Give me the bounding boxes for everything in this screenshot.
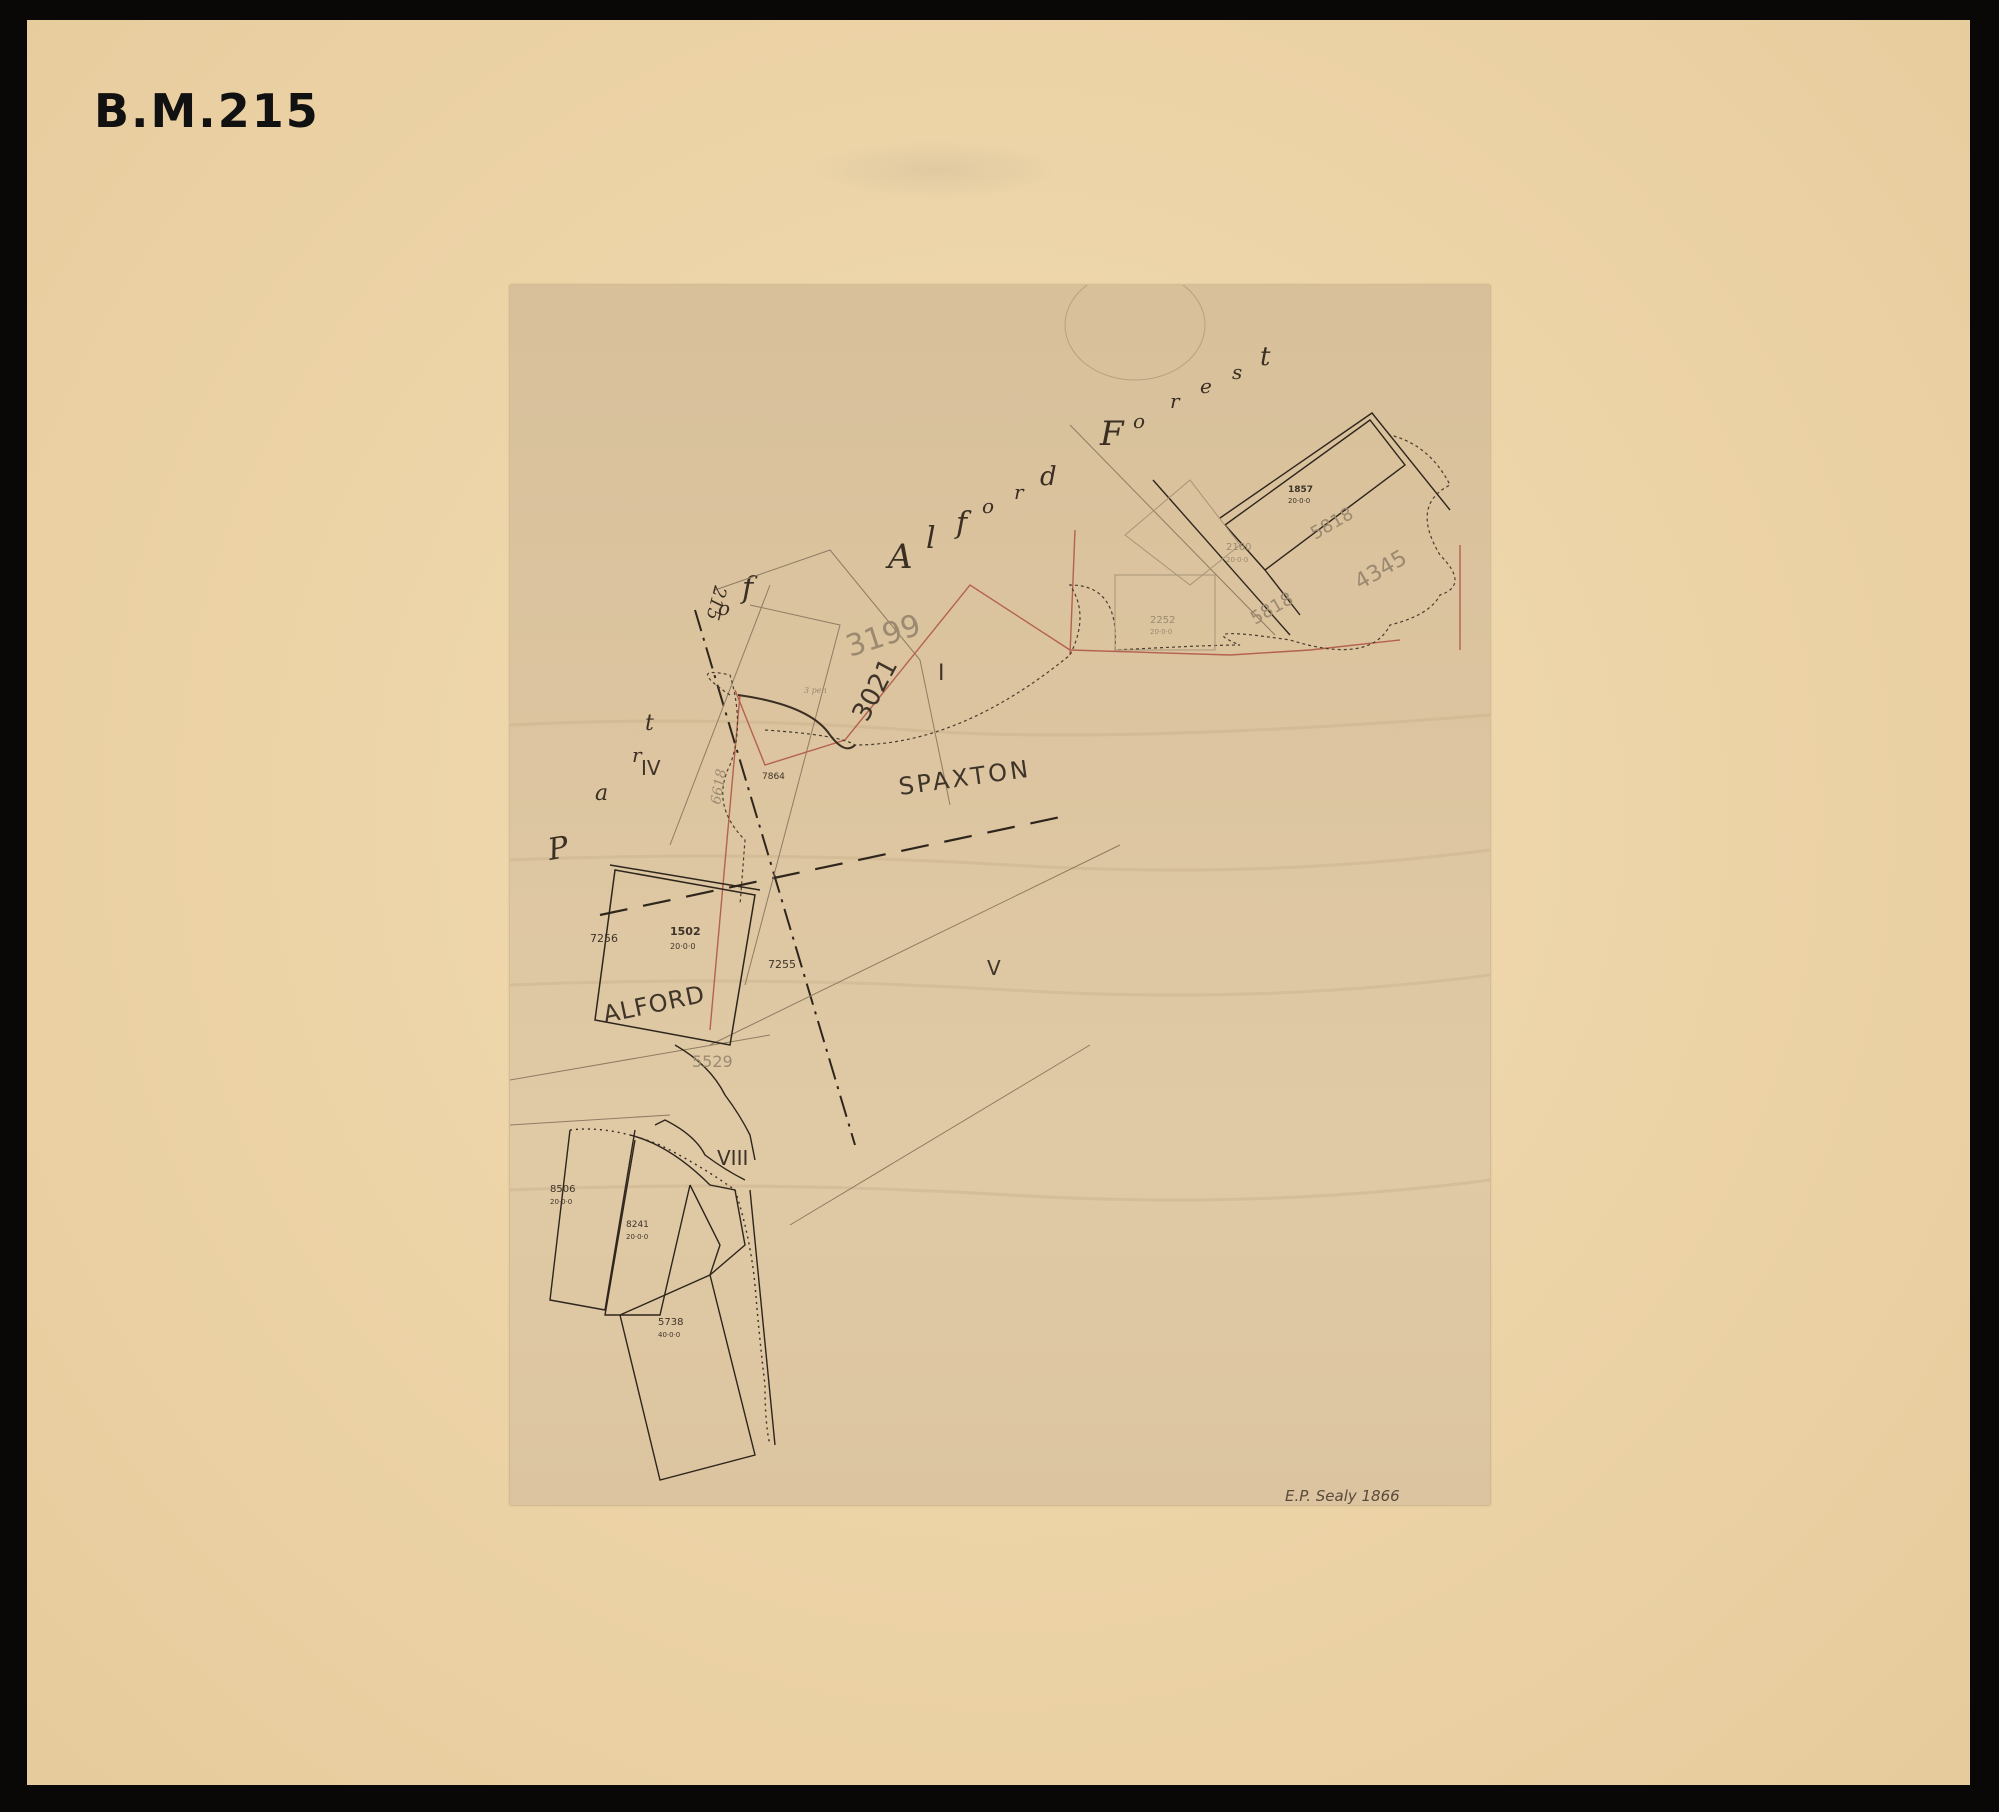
title-letter: A — [885, 537, 913, 577]
block-label-iv: IV — [641, 756, 661, 780]
section-area: 20·0·0 — [670, 942, 695, 951]
section-number: 7864 — [762, 772, 785, 782]
title-letter: r — [1014, 480, 1025, 504]
title-letter: l — [926, 521, 936, 556]
section-labels: 3199 3021 1502 20·0·0 7256 7255 7864 552… — [550, 485, 1411, 1339]
section-number: 5738 — [658, 1317, 683, 1328]
title-letter: t — [645, 711, 654, 736]
section-number: 7256 — [590, 932, 618, 945]
section-number: 8506 — [550, 1184, 575, 1195]
title-letter: P — [544, 830, 572, 868]
catalog-label: B.M.215 — [94, 84, 320, 138]
section-2160 — [1125, 480, 1240, 585]
title-letter: F — [1099, 414, 1125, 454]
line-label: 3 pen — [804, 686, 827, 695]
survey-map-sheet: P a r t o f A l f o r d F o r e s t — [510, 285, 1490, 1505]
section-1857 — [1153, 413, 1450, 635]
section-2252 — [1115, 575, 1215, 650]
section-number: 3021 — [847, 654, 905, 727]
title-letter: s — [1232, 360, 1242, 384]
section-number: 8241 — [626, 1220, 649, 1230]
section-number: 1502 — [670, 925, 701, 938]
section-number: 4345 — [1351, 546, 1412, 596]
section-number: 7255 — [768, 958, 796, 971]
title-letter: f — [954, 506, 972, 541]
section-number: 5818 — [1307, 503, 1357, 544]
bottom-sections — [550, 1045, 775, 1480]
line-label: 6618 — [708, 768, 730, 806]
district-label-spaxton: SPAXTON — [897, 755, 1033, 801]
section-area: 20·0·0 — [1288, 497, 1310, 505]
section-area: 20·0·0 — [1226, 556, 1248, 564]
title-letter: r — [1170, 389, 1181, 413]
title-letter: d — [1040, 462, 1057, 492]
district-label-alford: ALFORD — [600, 980, 707, 1029]
section-area: 20·0·0 — [1150, 628, 1172, 636]
section-number: 5529 — [692, 1052, 733, 1071]
survey-map-drawing: P a r t o f A l f o r d F o r e s t — [510, 285, 1490, 1505]
title-letter: o — [1133, 409, 1145, 433]
section-number: 2160 — [1226, 542, 1251, 553]
title-letter: a — [595, 781, 608, 806]
section-number: 2252 — [1150, 615, 1175, 626]
title-letter: e — [1200, 374, 1212, 398]
block-label-i: I — [938, 661, 945, 686]
surveyor-signature: E.P. Sealy 1866 — [1285, 1487, 1400, 1505]
title-letter: t — [1260, 342, 1271, 372]
section-area: 40·0·0 — [658, 1331, 680, 1339]
section-area: 20·0·0 — [626, 1233, 648, 1241]
block-label-v: V — [987, 956, 1001, 980]
pencil-circle — [1065, 285, 1205, 380]
section-area: 20·0·0 — [550, 1198, 572, 1206]
block-label-viii: VIII — [717, 1146, 748, 1170]
mount-stain — [807, 140, 1067, 200]
red-property-lines — [710, 530, 1460, 1030]
section-number: 1857 — [1288, 485, 1313, 495]
title-letter: o — [982, 494, 994, 518]
